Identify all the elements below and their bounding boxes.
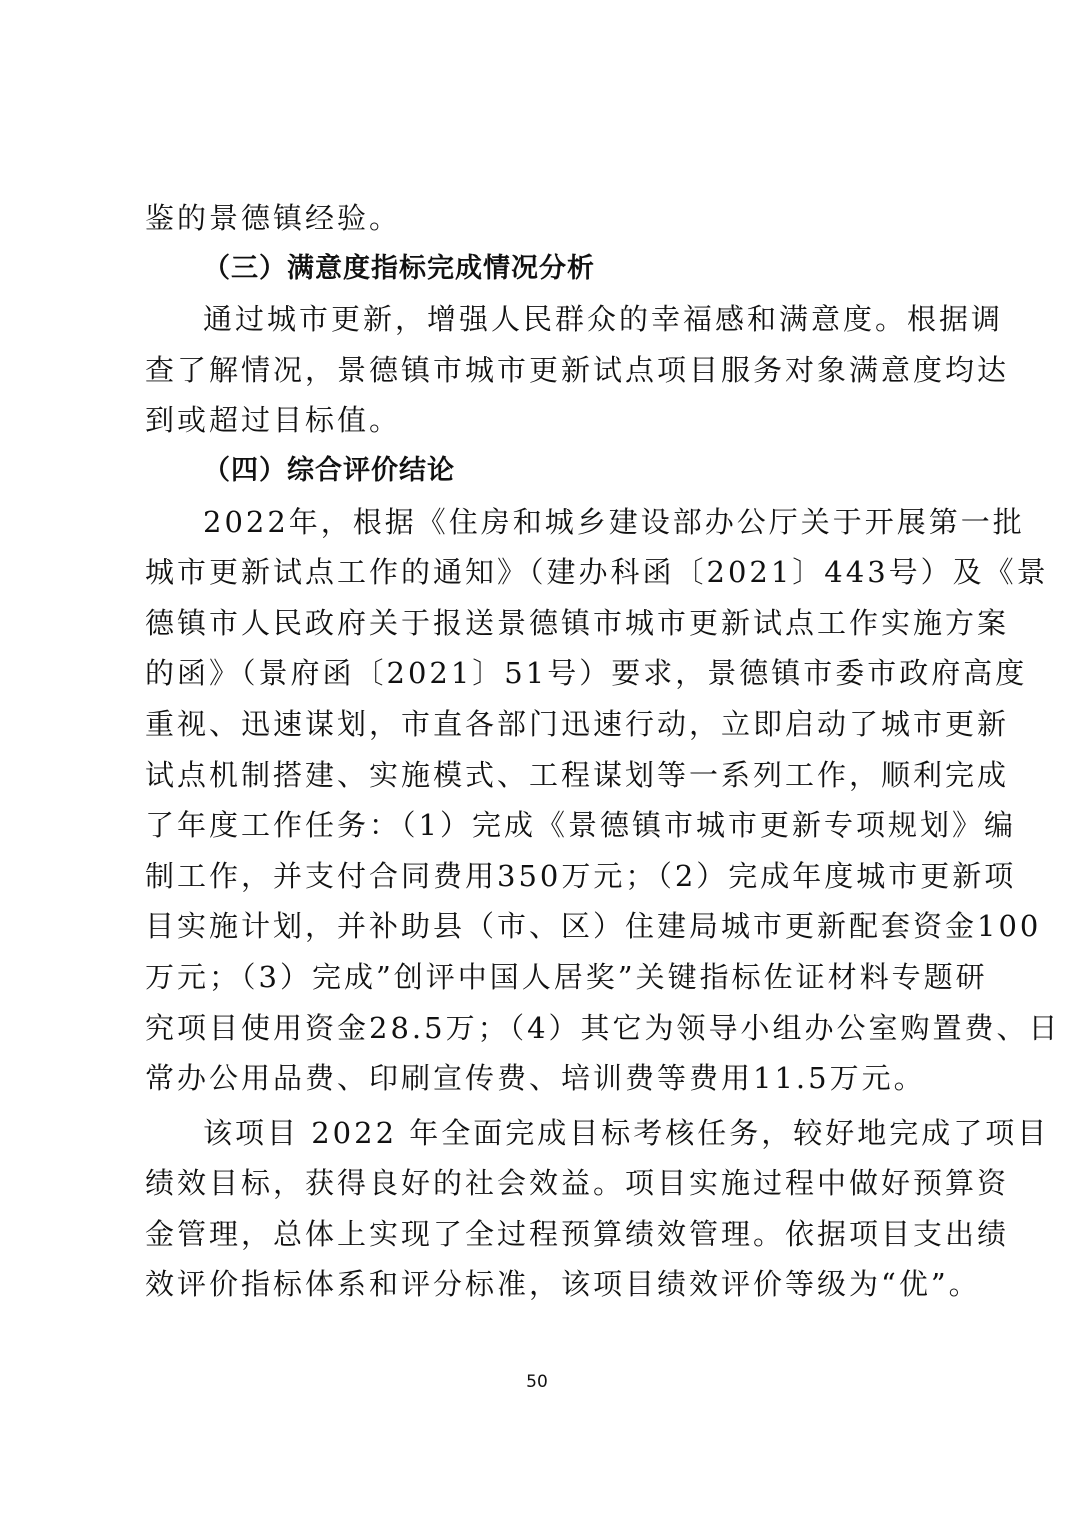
paragraph-line: 绩效目标，获得良好的社会效益。项目实施过程中做好预算资	[145, 1158, 935, 1209]
paragraph-line: 该项目 2022 年全面完成目标考核任务，较好地完成了项目	[145, 1108, 935, 1159]
paragraph-line: 常办公用品费、印刷宣传费、培训费等费用11.5万元。	[145, 1053, 935, 1104]
paragraph-line: 金管理，总体上实现了全过程预算绩效管理。依据项目支出绩	[145, 1209, 935, 1260]
page-number: 50	[0, 1372, 1074, 1392]
paragraph-line: 究项目使用资金28.5万；（4）其它为领导小组办公室购置费、日	[145, 1003, 935, 1054]
paragraph-line: 制工作，并支付合同费用350万元；（2）完成年度城市更新项	[145, 851, 935, 902]
paragraph-line: 到或超过目标值。	[145, 395, 935, 446]
paragraph-line: 的函》（景府函〔2021〕51号）要求，景德镇市委市政府高度	[145, 648, 935, 699]
paragraph-line: 了年度工作任务：（1）完成《景德镇市城市更新专项规划》编	[145, 800, 935, 851]
paragraph-conclusion: 2022年，根据《住房和城乡建设部办公厅关于开展第一批 城市更新试点工作的通知》…	[145, 497, 935, 1104]
section-heading-overall-conclusion: （四）综合评价结论	[145, 446, 935, 497]
paragraph-continuation: 鉴的景德镇经验。	[145, 193, 935, 244]
paragraph-line: 重视、迅速谋划，市直各部门迅速行动，立即启动了城市更新	[145, 699, 935, 750]
paragraph-satisfaction: 通过城市更新，增强人民群众的幸福感和满意度。根据调 查了解情况，景德镇市城市更新…	[145, 294, 935, 446]
section-heading-satisfaction-analysis: （三）满意度指标完成情况分析	[145, 244, 935, 295]
paragraph-line: 万元；（3）完成”创评中国人居奖”关键指标佐证材料专题研	[145, 952, 935, 1003]
paragraph-line: 2022年，根据《住房和城乡建设部办公厅关于开展第一批	[145, 497, 935, 548]
paragraph-line: 目实施计划，并补助县（市、区）住建局城市更新配套资金100	[145, 901, 935, 952]
paragraph-rating: 该项目 2022 年全面完成目标考核任务，较好地完成了项目 绩效目标，获得良好的…	[145, 1108, 935, 1310]
document-body: 鉴的景德镇经验。 （三）满意度指标完成情况分析 通过城市更新，增强人民群众的幸福…	[145, 193, 935, 1310]
paragraph-line: 效评价指标体系和评分标准，该项目绩效评价等级为“优”。	[145, 1259, 935, 1310]
paragraph-line: 通过城市更新，增强人民群众的幸福感和满意度。根据调	[145, 294, 935, 345]
paragraph-line: 查了解情况，景德镇市城市更新试点项目服务对象满意度均达	[145, 345, 935, 396]
paragraph-line: 德镇市人民政府关于报送景德镇市城市更新试点工作实施方案	[145, 598, 935, 649]
paragraph-line: 城市更新试点工作的通知》（建办科函〔2021〕443号）及《景	[145, 547, 935, 598]
paragraph-line: 试点机制搭建、实施模式、工程谋划等一系列工作，顺利完成	[145, 750, 935, 801]
